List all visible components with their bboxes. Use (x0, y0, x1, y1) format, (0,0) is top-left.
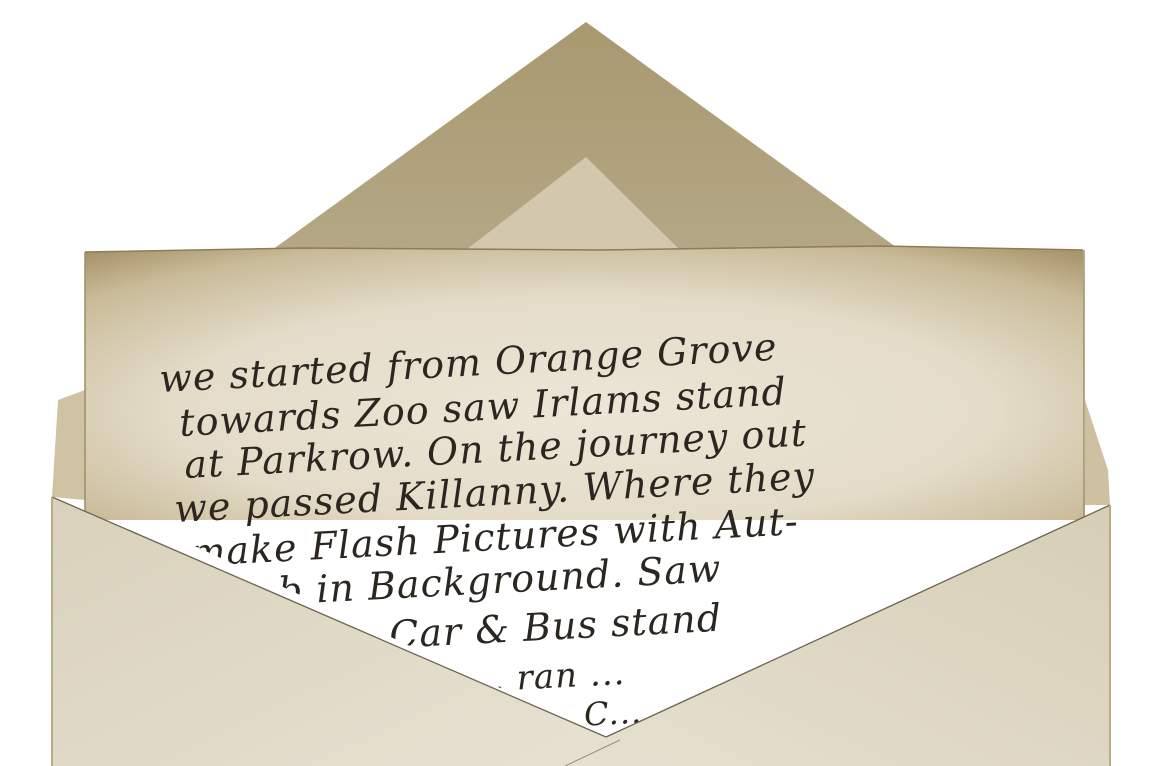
back-flap (272, 22, 900, 250)
envelope-scene: we started from Orange Grove towards Zoo… (0, 0, 1170, 766)
envelope-illustration: we started from Orange Grove towards Zoo… (0, 0, 1170, 766)
